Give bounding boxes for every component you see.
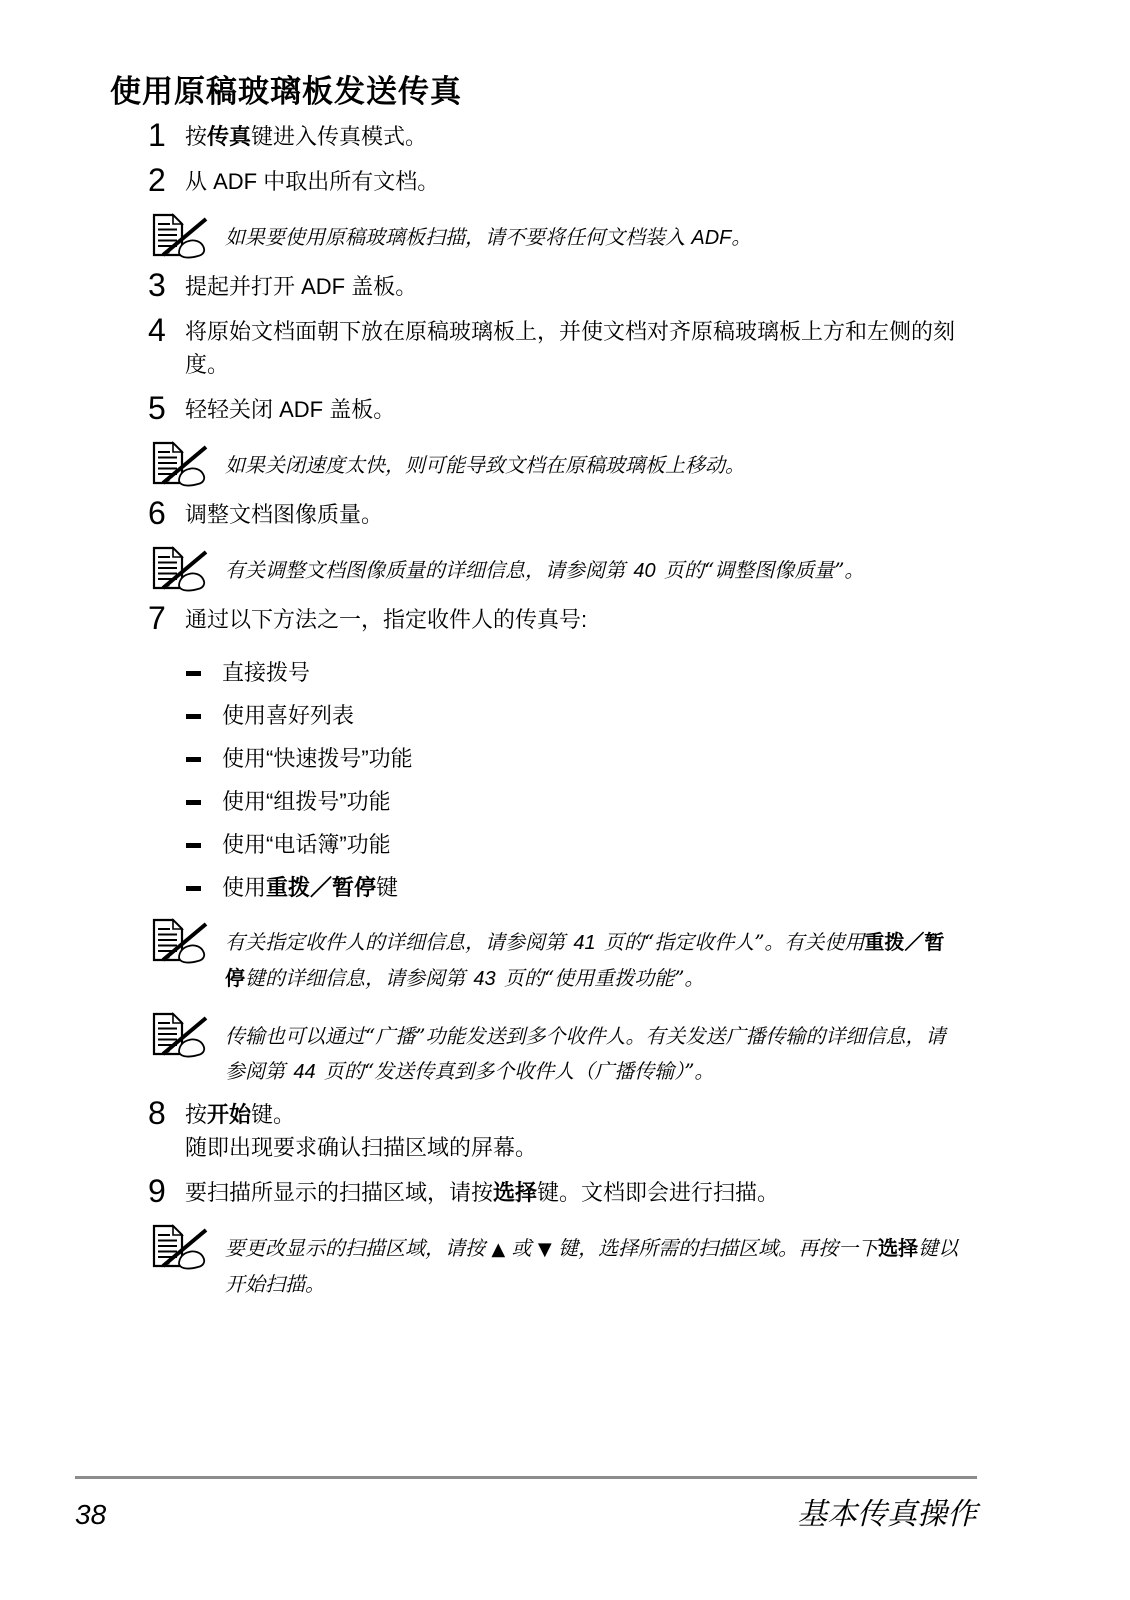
- dash-text: 使用“组拨号”功能: [222, 787, 391, 817]
- text-segment: 键进入传真模式。: [251, 124, 427, 149]
- page-number: 38: [75, 1499, 106, 1531]
- text-segment: ▼: [538, 1239, 552, 1260]
- text-segment: 键。: [251, 1102, 295, 1127]
- dash-list: 直接拨号使用喜好列表使用“快速拨号”功能使用“组拨号”功能使用“电话簿”功能使用…: [186, 658, 963, 903]
- note-item: 要更改显示的扫描区域，请按 ▲ 或 ▼ 键，选择所需的扫描区域。再按一下选择键以…: [148, 1223, 963, 1302]
- note-item: 有关调整文档图像质量的详细信息，请参阅第 40 页的“调整图像质量”。: [148, 545, 963, 595]
- step-text: 按开始键。随即出现要求确认扫描区域的屏幕。: [185, 1096, 963, 1164]
- text-segment: 或: [505, 1236, 538, 1260]
- step-text: 要扫描所显示的扫描区域，请按选择键。文档即会进行扫描。: [185, 1174, 963, 1209]
- text-segment: 40: [631, 560, 657, 582]
- note-item: 有关指定收件人的详细信息，请参阅第 41 页的“指定收件人”。有关使用重拨／暂停…: [148, 917, 963, 997]
- note-pencil-icon: [148, 440, 210, 490]
- step-number: 2: [148, 163, 185, 197]
- text-segment: 使用“快速拨号”功能: [222, 746, 413, 771]
- step-text: 从 ADF 中取出所有文档。: [185, 163, 963, 198]
- text-segment: 键，选择所需的扫描区域。再按一下: [552, 1236, 878, 1260]
- text-segment: 要更改显示的扫描区域，请按: [225, 1236, 491, 1260]
- note-text: 要更改显示的扫描区域，请按 ▲ 或 ▼ 键，选择所需的扫描区域。再按一下选择键以…: [225, 1223, 963, 1302]
- text-segment: 轻轻关闭 ADF 盖板。: [185, 397, 395, 422]
- text-segment: 页的“发送传真到多个收件人（广播传输）”。: [318, 1059, 715, 1083]
- step-item: 5轻轻关闭 ADF 盖板。: [148, 391, 963, 426]
- step-item: 8按开始键。随即出现要求确认扫描区域的屏幕。: [148, 1096, 963, 1164]
- text-segment: 页的“调整图像质量”。: [658, 558, 865, 582]
- text-segment: 使用“组拨号”功能: [222, 789, 391, 814]
- dash-bullet: [186, 714, 201, 719]
- step-number: 8: [148, 1096, 185, 1130]
- page-footer: 38 基本传真操作: [75, 1476, 977, 1533]
- text-segment: 如果关闭速度太快，则可能导致文档在原稿玻璃板上移动。: [225, 453, 745, 477]
- dash-text: 使用重拨／暂停键: [222, 873, 398, 903]
- note-text: 传输也可以通过“广播”功能发送到多个收件人。有关发送广播传输的详细信息，请参阅第…: [225, 1011, 963, 1090]
- note-pencil-icon: [148, 1011, 210, 1061]
- dash-bullet: [186, 757, 201, 762]
- note-text: 如果关闭速度太快，则可能导致文档在原稿玻璃板上移动。: [225, 440, 963, 483]
- dash-bullet: [186, 800, 201, 805]
- dash-text: 使用喜好列表: [222, 701, 354, 731]
- text-segment: 按: [185, 1102, 207, 1127]
- step-text: 通过以下方法之一，指定收件人的传真号:: [185, 601, 963, 636]
- text-segment: 通过以下方法之一，指定收件人的传真号:: [185, 607, 587, 632]
- text-segment: 选择: [878, 1238, 918, 1260]
- text-segment: 使用喜好列表: [222, 703, 354, 728]
- footer-section-title: 基本传真操作: [797, 1489, 977, 1533]
- text-segment: 从 ADF 中取出所有文档。: [185, 169, 439, 194]
- step-item: 1按传真键进入传真模式。: [148, 118, 963, 153]
- text-segment: 要扫描所显示的扫描区域，请按: [185, 1180, 493, 1205]
- dash-text: 使用“电话簿”功能: [222, 830, 391, 860]
- step-number: 1: [148, 118, 185, 152]
- text-segment: 如果要使用原稿玻璃板扫描，请不要将任何文档装入: [225, 225, 691, 249]
- text-segment: ▲: [491, 1239, 505, 1260]
- dash-bullet: [186, 843, 201, 848]
- note-text: 有关调整文档图像质量的详细信息，请参阅第 40 页的“调整图像质量”。: [225, 545, 963, 589]
- text-segment: 开始: [207, 1102, 251, 1127]
- step-number: 6: [148, 496, 185, 530]
- step-item: 6调整文档图像质量。: [148, 496, 963, 531]
- text-segment: 按: [185, 124, 207, 149]
- step-text: 将原始文档面朝下放在原稿玻璃板上，并使文档对齐原稿玻璃板上方和左侧的刻度。: [185, 313, 963, 381]
- step-item: 9要扫描所显示的扫描区域，请按选择键。文档即会进行扫描。: [148, 1174, 963, 1209]
- text-segment: 页的“使用重拨功能”。: [498, 966, 705, 990]
- text-segment: 43: [471, 968, 497, 990]
- page-title: 使用原稿玻璃板发送传真: [110, 66, 462, 111]
- step-number: 7: [148, 601, 185, 635]
- step-text: 提起并打开 ADF 盖板。: [185, 268, 963, 303]
- manual-page: 使用原稿玻璃板发送传真 1按传真键进入传真模式。2从 ADF 中取出所有文档。 …: [0, 0, 1130, 1600]
- text-segment: 。: [731, 225, 751, 249]
- note-item: 如果要使用原稿玻璃板扫描，请不要将任何文档装入 ADF。: [148, 212, 963, 262]
- text-segment: 重拨／暂停: [266, 875, 376, 900]
- step-number: 9: [148, 1174, 185, 1208]
- text-segment: 有关指定收件人的详细信息，请参阅第: [225, 930, 571, 954]
- text-segment: 使用“电话簿”功能: [222, 832, 391, 857]
- text-segment: 键的详细信息，请参阅第: [245, 966, 471, 990]
- step-item: 2从 ADF 中取出所有文档。: [148, 163, 963, 198]
- dash-bullet: [186, 886, 201, 891]
- step-item: 7通过以下方法之一，指定收件人的传真号:: [148, 601, 963, 636]
- text-segment: 选择: [493, 1180, 537, 1205]
- step-item: 4将原始文档面朝下放在原稿玻璃板上，并使文档对齐原稿玻璃板上方和左侧的刻度。: [148, 313, 963, 381]
- dash-item: 使用喜好列表: [186, 701, 963, 731]
- dash-item: 使用重拨／暂停键: [186, 873, 963, 903]
- step-text: 按传真键进入传真模式。: [185, 118, 963, 153]
- text-segment: 键: [376, 875, 398, 900]
- dash-item: 使用“快速拨号”功能: [186, 744, 963, 774]
- text-segment: 41: [571, 932, 597, 954]
- note-item: 传输也可以通过“广播”功能发送到多个收件人。有关发送广播传输的详细信息，请参阅第…: [148, 1011, 963, 1090]
- step-text: 轻轻关闭 ADF 盖板。: [185, 391, 963, 426]
- instruction-blocks: 1按传真键进入传真模式。2从 ADF 中取出所有文档。 如果要使用原稿玻璃板扫描…: [148, 118, 963, 1308]
- text-segment: 调整文档图像质量。: [185, 502, 383, 527]
- note-pencil-icon: [148, 545, 210, 595]
- text-segment: 提起并打开 ADF 盖板。: [185, 274, 417, 299]
- step-number: 4: [148, 313, 185, 347]
- note-pencil-icon: [148, 212, 210, 262]
- dash-item: 直接拨号: [186, 658, 963, 688]
- dash-text: 使用“快速拨号”功能: [222, 744, 413, 774]
- text-segment: 页的“指定收件人”。有关使用: [598, 930, 865, 954]
- text-segment: 键。文档即会进行扫描。: [537, 1180, 779, 1205]
- step-text: 调整文档图像质量。: [185, 496, 963, 531]
- note-text: 有关指定收件人的详细信息，请参阅第 41 页的“指定收件人”。有关使用重拨／暂停…: [225, 917, 963, 997]
- dash-bullet: [186, 671, 201, 676]
- text-segment: 有关调整文档图像质量的详细信息，请参阅第: [225, 558, 631, 582]
- note-pencil-icon: [148, 917, 210, 967]
- text-segment: 44: [291, 1061, 317, 1083]
- text-segment: 将原始文档面朝下放在原稿玻璃板上，并使文档对齐原稿玻璃板上方和左侧的刻度。: [185, 319, 955, 377]
- text-segment: 传真: [207, 124, 251, 149]
- note-text: 如果要使用原稿玻璃板扫描，请不要将任何文档装入 ADF。: [225, 212, 963, 256]
- text-segment: 使用: [222, 875, 266, 900]
- dash-item: 使用“电话簿”功能: [186, 830, 963, 860]
- step-item: 3提起并打开 ADF 盖板。: [148, 268, 963, 303]
- note-pencil-icon: [148, 1223, 210, 1273]
- dash-text: 直接拨号: [222, 658, 310, 688]
- step-number: 5: [148, 391, 185, 425]
- step-number: 3: [148, 268, 185, 302]
- dash-item: 使用“组拨号”功能: [186, 787, 963, 817]
- text-segment: ADF: [691, 227, 731, 249]
- text-segment: 直接拨号: [222, 660, 310, 685]
- note-item: 如果关闭速度太快，则可能导致文档在原稿玻璃板上移动。: [148, 440, 963, 490]
- text-segment: 随即出现要求确认扫描区域的屏幕。: [185, 1135, 537, 1160]
